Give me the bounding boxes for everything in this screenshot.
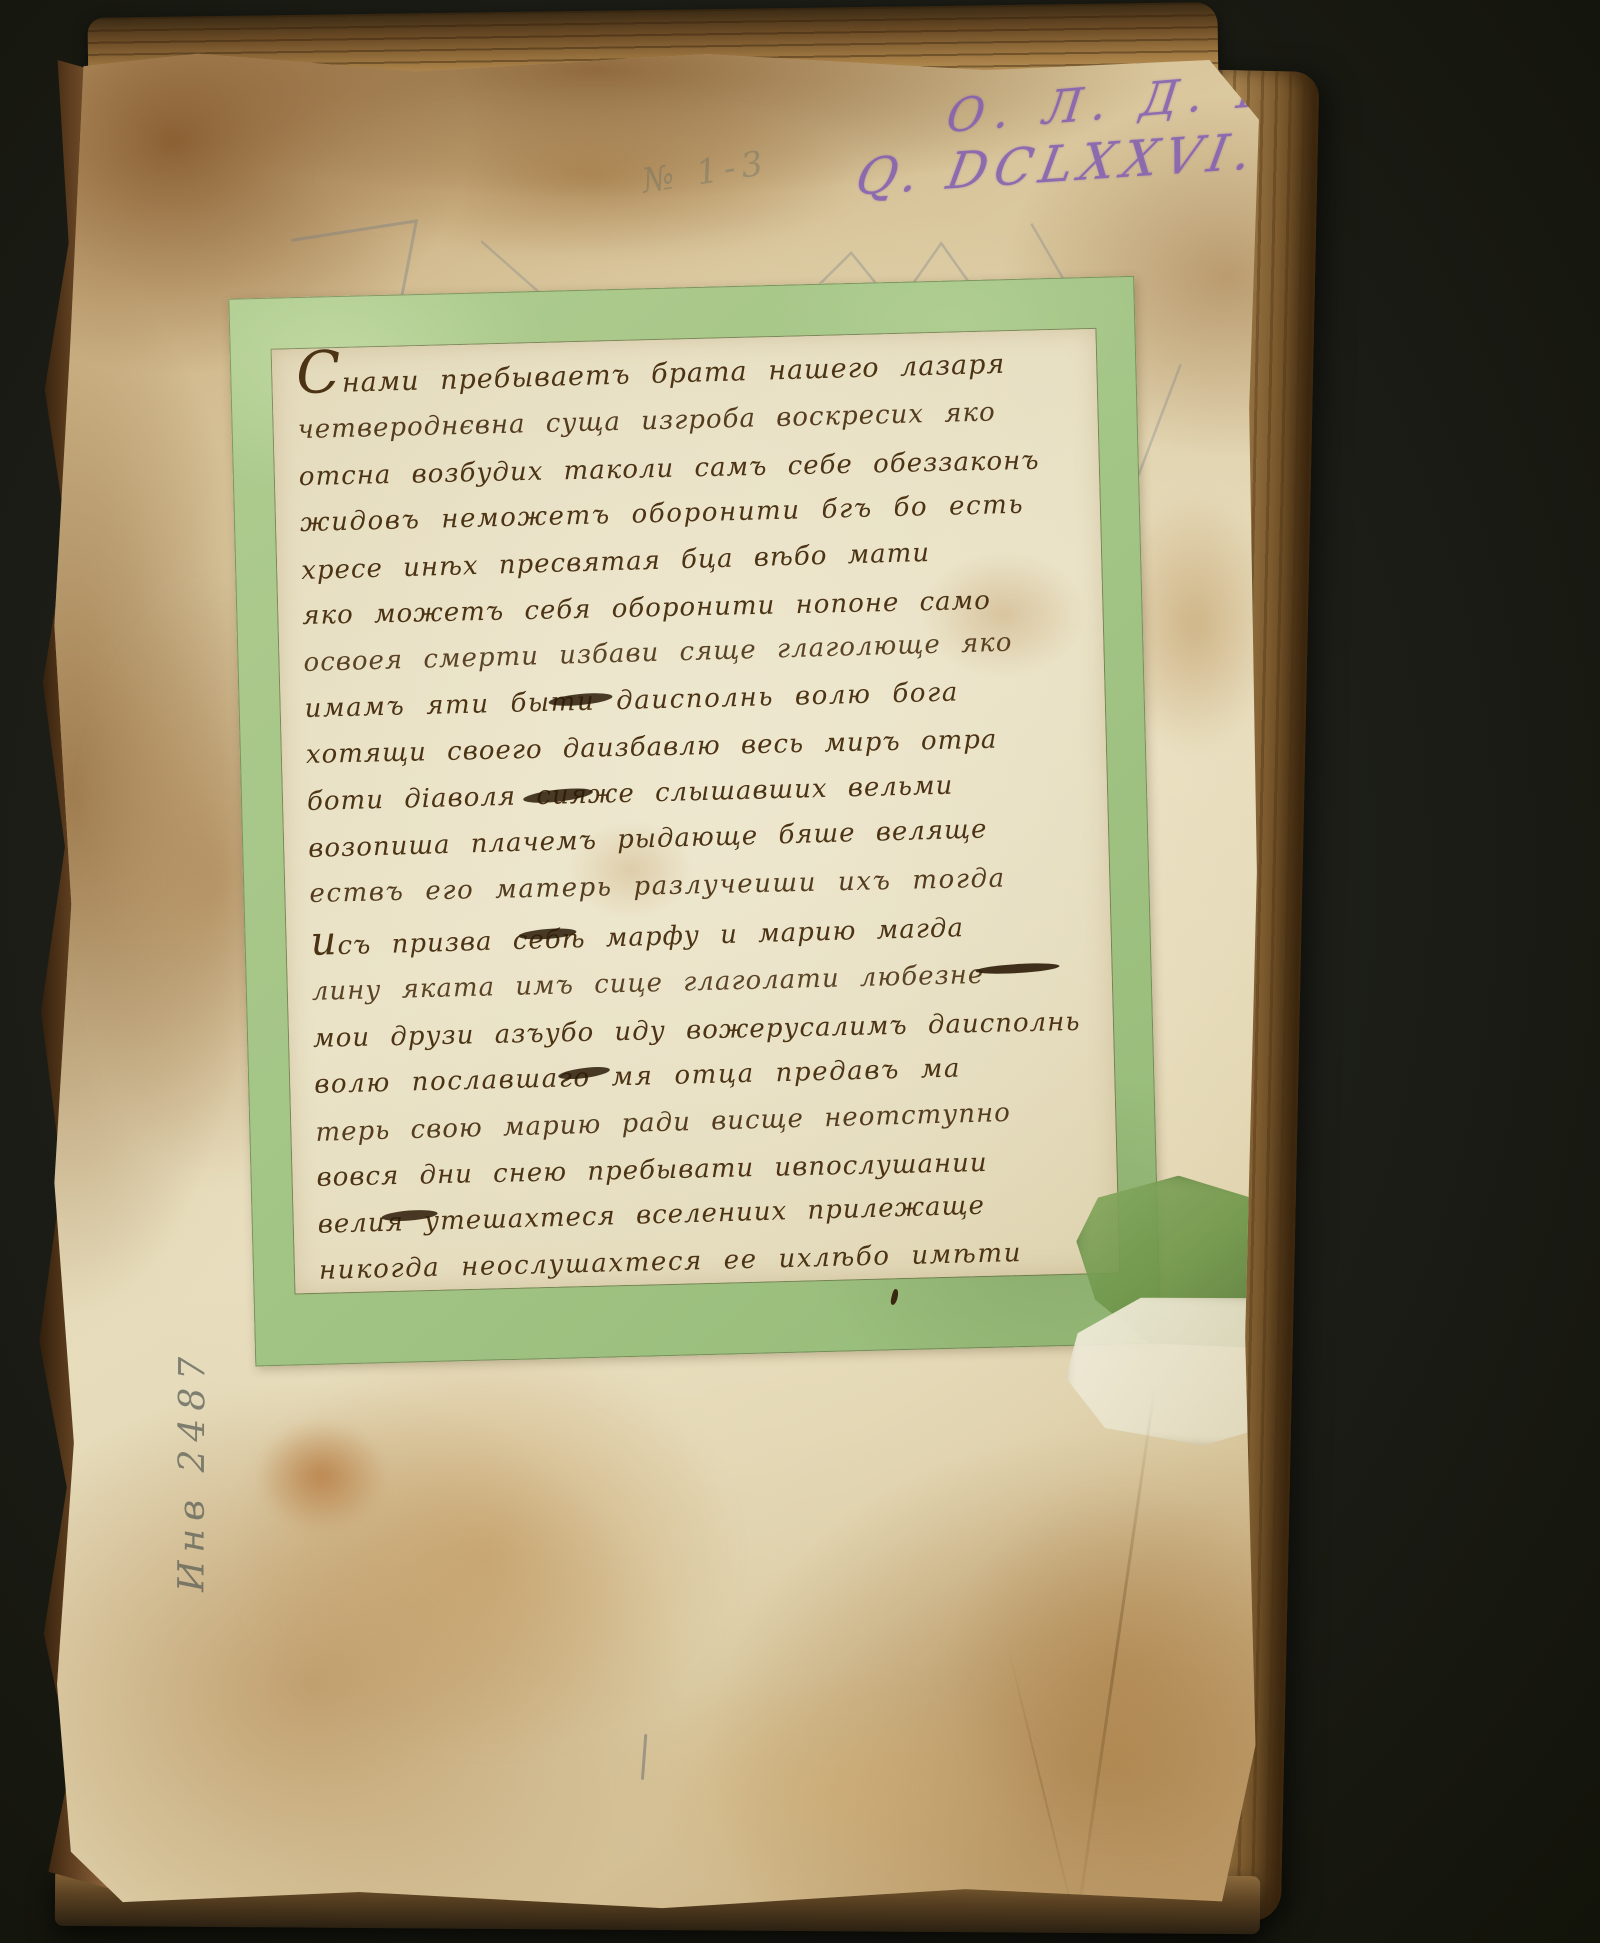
manuscript-text-block: Снами пребываетъ брата нашего лазаря чет… [296,341,1107,1287]
inventory-number: Инв 2487 [171,1262,213,1592]
stain-blob [311,90,872,262]
stain-blob [225,1340,747,1762]
library-stamp-line2: Q. DCLXXVI. [851,122,1263,207]
stain-blob [256,1420,386,1531]
stain-blob [624,1672,1045,1904]
paper-crease [1073,1387,1156,1942]
pencil-mark [641,1734,647,1780]
paper-crease [1005,1638,1078,1930]
text-panel: Снами пребываетъ брата нашего лазаря чет… [272,329,1120,1294]
pencil-note: № 1-3 [639,143,771,202]
green-border-frame: Снами пребываетъ брата нашего лазаря чет… [228,276,1161,1367]
photo-background: О. Л. Д. П. Q. DCLXXVI. № 1-3 Инв 2487 С… [0,0,1600,1943]
manuscript-page: О. Л. Д. П. Q. DCLXXVI. № 1-3 Инв 2487 С… [44,49,1264,1912]
